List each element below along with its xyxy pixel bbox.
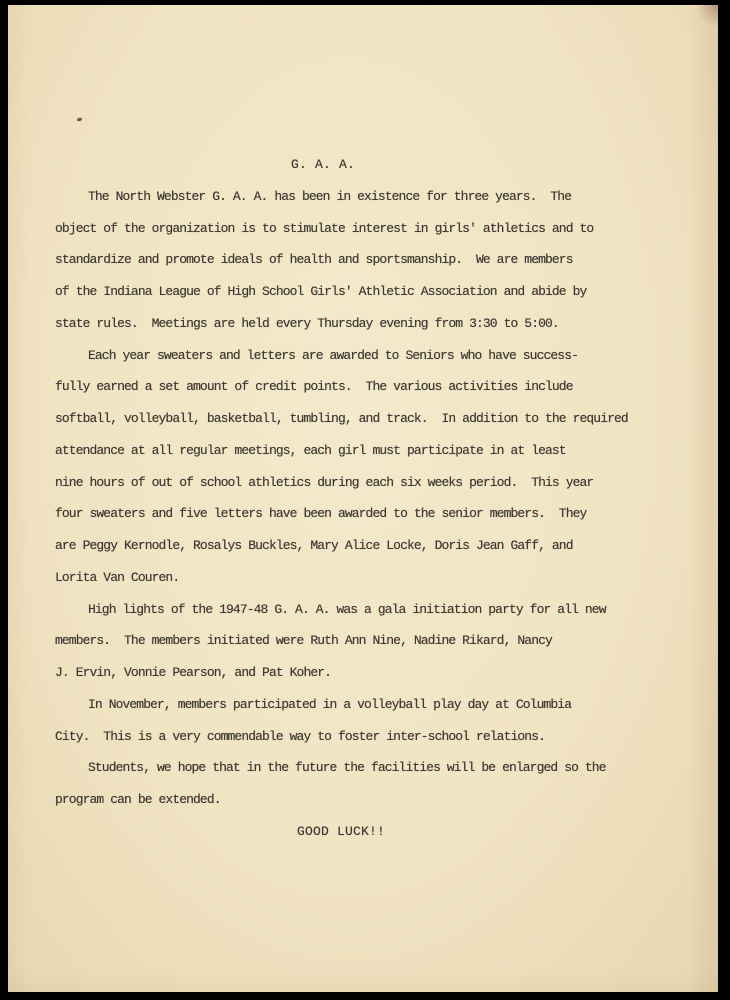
ink-speck (77, 118, 83, 122)
paragraph-line: of the Indiana League of High School Gir… (55, 276, 627, 308)
paragraph-line: program can be extended. (55, 784, 627, 816)
paragraph-line: attendance at all regular meetings, each… (55, 435, 627, 467)
paragraph-line: state rules. Meetings are held every Thu… (55, 308, 627, 340)
page-title: G. A. A. (37, 149, 609, 181)
paragraph: High lights of the 1947-48 G. A. A. was … (55, 594, 627, 689)
paragraph-line: members. The members initiated were Ruth… (55, 625, 627, 657)
closing-text: GOOD LUCK!! (55, 816, 627, 848)
paragraph-line: Each year sweaters and letters are award… (55, 340, 627, 372)
paragraph-line: softball, volleyball, basketball, tumbli… (55, 403, 627, 435)
paragraph-line: nine hours of out of school athletics du… (55, 467, 627, 499)
paragraph-line: City. This is a very commendable way to … (55, 721, 627, 753)
paragraph: The North Webster G. A. A. has been in e… (55, 181, 627, 340)
paragraph: Each year sweaters and letters are award… (55, 340, 627, 594)
paragraph-line: are Peggy Kernodle, Rosalys Buckles, Mar… (55, 530, 627, 562)
paragraph-line: In November, members participated in a v… (55, 689, 627, 721)
paragraph-line: four sweaters and five letters have been… (55, 498, 627, 530)
scan-frame: G. A. A. The North Webster G. A. A. has … (0, 0, 730, 1000)
paragraph-line: object of the organization is to stimula… (55, 213, 627, 245)
page-content: G. A. A. The North Webster G. A. A. has … (55, 149, 627, 848)
yearbook-page: G. A. A. The North Webster G. A. A. has … (8, 5, 718, 992)
paragraph-line: standardize and promote ideals of health… (55, 244, 627, 276)
paragraph: Students, we hope that in the future the… (55, 752, 627, 816)
paragraph-line: The North Webster G. A. A. has been in e… (55, 181, 627, 213)
paragraph-line: High lights of the 1947-48 G. A. A. was … (55, 594, 627, 626)
paragraph-line: Lorita Van Couren. (55, 562, 627, 594)
paragraph-line: Students, we hope that in the future the… (55, 752, 627, 784)
paragraph-line: J. Ervin, Vonnie Pearson, and Pat Koher. (55, 657, 627, 689)
paragraph-line: fully earned a set amount of credit poin… (55, 371, 627, 403)
paragraph: In November, members participated in a v… (55, 689, 627, 753)
